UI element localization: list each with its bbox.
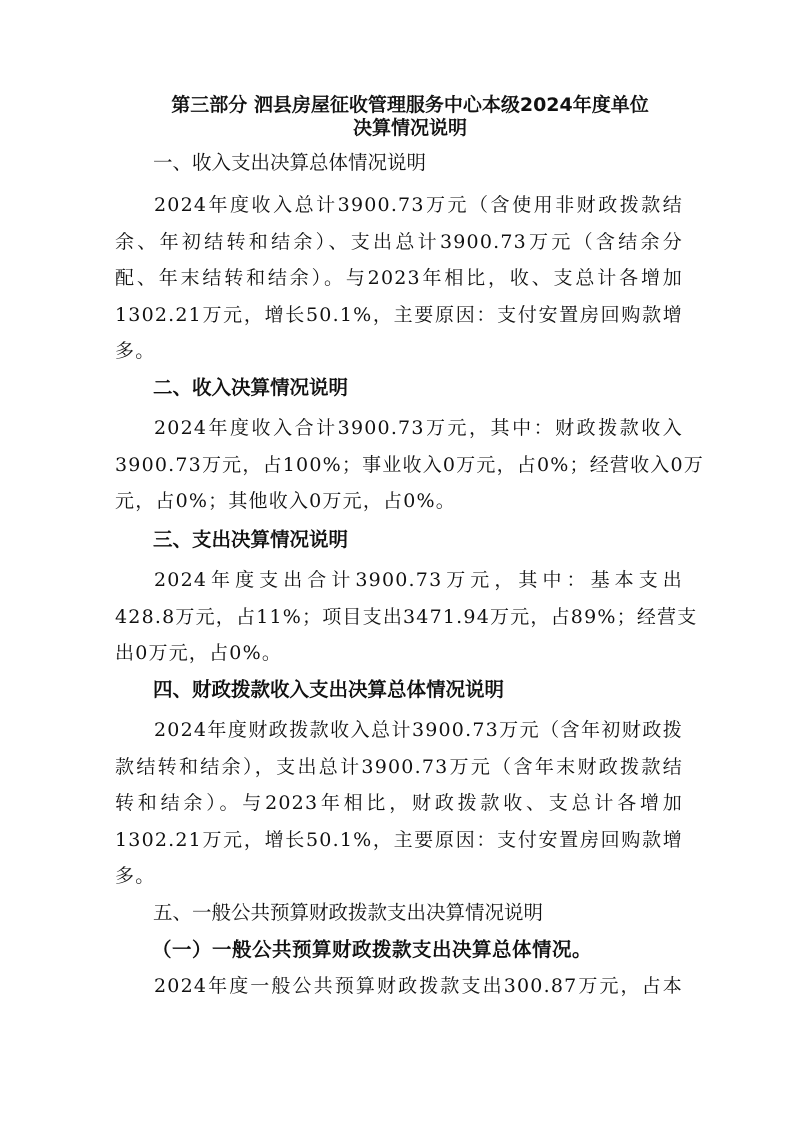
paragraph-line: 转和结余）。与2023年相比，财政拨款收、支总计各增加: [115, 785, 683, 822]
paragraph-line: 出0万元，占0%。: [115, 635, 683, 672]
paragraph-line: 配、年末结转和结余）。与2023年相比，收、支总计各增加: [115, 260, 683, 297]
section-heading-1: 一、收入支出决算总体情况说明: [153, 150, 426, 176]
paragraph-line: 2024年度收入总计3900.73万元（含使用非财政拨款结: [115, 187, 683, 224]
paragraph-line: 元，占0%；其他收入0万元，占0%。: [115, 483, 683, 520]
paragraph-line: 多。: [115, 333, 683, 370]
title-line-2: 决算情况说明: [100, 117, 720, 140]
section-paragraph-1: 2024年度收入总计3900.73万元（含使用非财政拨款结 余、年初结转和结余）…: [115, 187, 683, 370]
subsection-heading-5-1: （一）一般公共预算财政拨款支出决算总体情况。: [152, 937, 592, 963]
paragraph-line: 2024年度财政拨款收入总计3900.73万元（含年初财政拨: [115, 712, 683, 749]
paragraph-line: 2024年度支出合计3900.73万元，其中：基本支出: [115, 562, 683, 599]
paragraph-line: 多。: [115, 858, 683, 895]
section-heading-2: 二、收入决算情况说明: [153, 375, 348, 401]
paragraph-line: 余、年初结转和结余）、支出总计3900.73万元（含结余分: [115, 224, 683, 261]
paragraph-line: 1302.21万元，增长50.1%，主要原因：支付安置房回购款增: [115, 297, 683, 334]
section-paragraph-5: 2024年度一般公共预算财政拨款支出300.87万元，占本: [115, 968, 683, 1005]
section-paragraph-3: 2024年度支出合计3900.73万元，其中：基本支出 428.8万元，占11%…: [115, 562, 683, 672]
paragraph-line: 1302.21万元，增长50.1%，主要原因：支付安置房回购款增: [115, 822, 683, 859]
section-heading-3: 三、支出决算情况说明: [153, 527, 348, 553]
document-title: 第三部分 泗县房屋征收管理服务中心本级2024年度单位 决算情况说明: [100, 94, 720, 140]
paragraph-line: 2024年度一般公共预算财政拨款支出300.87万元，占本: [115, 968, 683, 1005]
section-heading-5: 五、一般公共预算财政拨款支出决算情况说明: [153, 900, 543, 926]
title-line-1: 第三部分 泗县房屋征收管理服务中心本级2024年度单位: [100, 94, 720, 117]
section-paragraph-2: 2024年度收入合计3900.73万元，其中：财政拨款收入 3900.73万元，…: [115, 410, 683, 520]
section-paragraph-4: 2024年度财政拨款收入总计3900.73万元（含年初财政拨 款结转和结余），支…: [115, 712, 683, 895]
paragraph-line: 2024年度收入合计3900.73万元，其中：财政拨款收入: [115, 410, 683, 447]
paragraph-line: 428.8万元，占11%；项目支出3471.94万元，占89%；经营支: [115, 599, 683, 636]
paragraph-line: 款结转和结余），支出总计3900.73万元（含年末财政拨款结: [115, 749, 683, 786]
section-heading-4: 四、财政拨款收入支出决算总体情况说明: [153, 677, 504, 703]
paragraph-line: 3900.73万元，占100%；事业收入0万元，占0%；经营收入0万: [115, 447, 683, 484]
document-page: 第三部分 泗县房屋征收管理服务中心本级2024年度单位 决算情况说明 一、收入支…: [0, 0, 793, 1122]
